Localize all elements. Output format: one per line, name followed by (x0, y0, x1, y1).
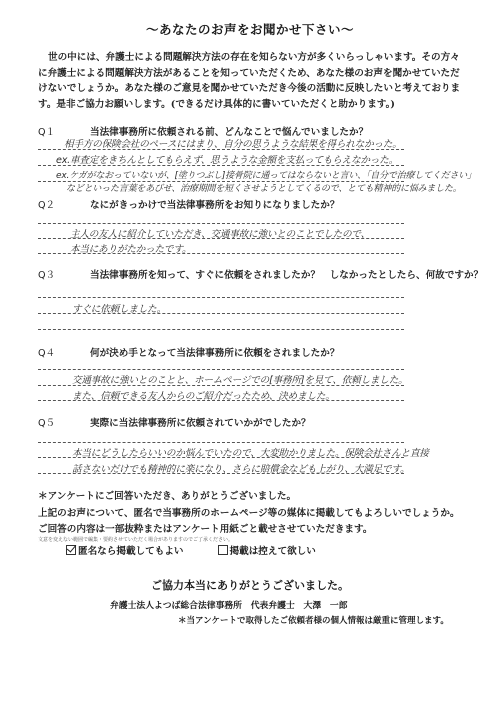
answer-line (38, 297, 404, 298)
handwritten-answer: 主人の友人に紹介していただき、交通事故に強いとのことでしたので、 (70, 226, 370, 240)
closing-thanks: ご協力本当にありがとうございました。 (0, 577, 500, 593)
question-3: Q３ 当法律事務所を知って、すぐに依頼をされましたか？ しなかったとしたら、何故… (38, 267, 483, 281)
handwritten-answer: などといった言葉をあびせ、治療期間を短くさせようとしてくるので、とても精神的に悩… (66, 181, 462, 194)
question-number: Q４ (38, 345, 90, 359)
question-text: 実際に当法律事務所に依頼されていかがでしたか？ (90, 415, 311, 429)
handwritten-answer: 交通事故に強いとのことと、ホームページでの[事務所]を見て、依頼しました。 (72, 372, 407, 386)
handwritten-answer: 相手方の保険会社のペースにはまり、自分の思うような結果を得られなかった。 (64, 136, 402, 150)
question-number: Q３ (38, 267, 90, 281)
question-text: 何が決め手となって当法律事務所に依頼をされましたか？ (90, 345, 339, 359)
privacy-note: ＊当アンケートで取得したご依頼者様の個人情報は厳重に管理します。 (178, 614, 449, 626)
handwritten-answer: すぐに依頼しました。 (72, 301, 166, 315)
answer-line (38, 223, 404, 224)
consent-options: 匿名なら掲載してもよい 掲載は控えて欲しい (66, 543, 316, 557)
question-number: Q５ (38, 415, 90, 429)
firm-signature: 弁護士法人よつば総合法律事務所 代表弁護士 大澤 一郎 (110, 598, 348, 611)
question-text: なにがきっかけで当法律事務所をお知りになりましたか？ (90, 197, 339, 211)
question-5: Q５ 実際に当法律事務所に依頼されていかがでしたか？ (38, 415, 311, 429)
checkbox-unchecked[interactable] (218, 545, 228, 555)
consent-anonymous-ok[interactable]: 匿名なら掲載してもよい (66, 543, 184, 557)
consent-label: 匿名なら掲載してもよい (78, 543, 184, 557)
publish-question: 上記のお声について、匿名で当事務所のホームページ等の媒体に掲載してもよろしいでし… (38, 505, 460, 519)
handwritten-answer: 話さないだけでも精神的に楽になり、さらに賠償金なども上がり、大満足です。 (72, 461, 409, 475)
handwritten-answer: ex.車査定をきちんとしてもらえず、思うような金額を支払ってもらえなかった。 (56, 152, 398, 166)
handwritten-answer: 本当にありがたかったです。 (70, 241, 191, 255)
publish-detail: ご回答の内容は一部抜粋またはアンケート用紙ごと載せさせていただきます。 (38, 521, 372, 535)
consent-label: 掲載は控えて欲しい (230, 543, 316, 557)
answer-line (38, 329, 404, 330)
question-2: Q２ なにがきっかけで当法律事務所をお知りになりましたか？ (38, 197, 339, 211)
answer-line (38, 369, 404, 370)
handwritten-answer: ex.ケガがなおっていないが、[塗りつぶし]接骨院に通ってはならないと言い、「自… (56, 168, 476, 181)
question-number: Q２ (38, 197, 90, 211)
answer-line (38, 442, 404, 443)
question-4: Q４ 何が決め手となって当法律事務所に依頼をされましたか？ (38, 345, 339, 359)
survey-thanks: ＊アンケートにご回答いただき、ありがとうございました。 (38, 488, 296, 502)
checkbox-checked[interactable] (66, 545, 76, 555)
fine-print: 文意を変えない範囲で編集・要約させていただく場合がありますのでご了承ください。 (38, 536, 233, 543)
intro-paragraph: 世の中には、弁護士による問題解決方法の存在を知らない方が多くいらっしゃいます。そ… (38, 50, 468, 112)
question-text: 当法律事務所を知って、すぐに依頼をされましたか？ しなかったとしたら、何故ですか… (90, 267, 483, 281)
handwritten-answer: また、信頼できる友人からのご紹介だったため、決めました。 (72, 388, 335, 402)
survey-title: ～あなたのお声をお聞かせ下さい～ (0, 20, 500, 38)
handwritten-answer: 本当にどうしたらいいのか悩んでいたので、大変助かりました。保険会社さんと直接 (72, 445, 429, 459)
consent-decline[interactable]: 掲載は控えて欲しい (218, 543, 316, 557)
